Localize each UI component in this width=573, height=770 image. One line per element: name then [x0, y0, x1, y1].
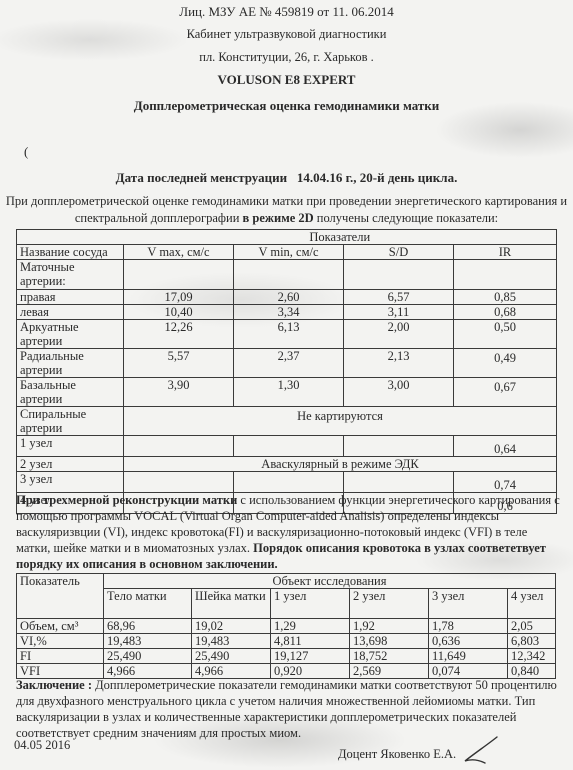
vessel-name: левая — [17, 305, 124, 320]
table2-corner — [17, 589, 104, 619]
indicator-value: 1,29 — [271, 619, 350, 634]
col-header-object: 2 узел — [350, 589, 429, 619]
intro-mode-2d: в режиме 2D — [243, 211, 314, 225]
indicator-value: 0,636 — [429, 634, 508, 649]
vessel-name: правая — [17, 290, 124, 305]
table-row-spiral: Спиральные артерии Не картируются — [17, 407, 557, 436]
vessel-name: Аркуатные артерии — [17, 320, 124, 349]
node-name: 1 узел — [17, 436, 124, 457]
doppler-indices-table: Показатели Название сосуда V max, см/с V… — [16, 229, 557, 514]
last-menstruation-line: Дата последней менструации 14.04.16 г., … — [0, 170, 573, 186]
indicator-value: 19,127 — [271, 649, 350, 664]
col-header-object: Шейка матки — [192, 589, 271, 619]
indicator-label: VI,% — [17, 634, 104, 649]
reconstruction-lead: При трехмерной реконструкции матки — [16, 493, 237, 507]
vmax-value — [124, 260, 234, 290]
col-header-object: 1 узел — [271, 589, 350, 619]
vmin-value: 3,34 — [234, 305, 344, 320]
table1-group-header: Показатели — [124, 230, 557, 245]
table-row-node: 1 узел 0,64 — [17, 436, 557, 457]
vmin-value — [234, 260, 344, 290]
indicator-value: 19,483 — [192, 634, 271, 649]
table-row: FI 25,490 25,490 19,127 18,752 11,649 12… — [17, 649, 556, 664]
empty-cell — [234, 436, 344, 457]
node-name: 2 узел — [17, 457, 124, 472]
table-row: Маточные артерии: — [17, 260, 557, 290]
col-header-object: 4 узел — [508, 589, 556, 619]
indicator-value: 4,811 — [271, 634, 350, 649]
ir-value: 0,67 — [454, 378, 557, 407]
empty-cell — [124, 436, 234, 457]
ir-value: 0,85 — [454, 290, 557, 305]
table-row: Радиальные артерии 5,57 2,37 2,13 0,49 — [17, 349, 557, 378]
sd-value: 2,00 — [344, 320, 454, 349]
vmax-value: 5,57 — [124, 349, 234, 378]
doctor-name: Доцент Яковенко Е.А. — [338, 747, 456, 762]
indicator-value: 12,342 — [508, 649, 556, 664]
indicator-label: Объем, см³ — [17, 619, 104, 634]
node-note: Аваскулярный в режиме ЭДК — [124, 457, 557, 472]
stray-bracket-mark: ( — [24, 144, 28, 160]
intro-paragraph: При допплерометрической оценке гемодинам… — [0, 193, 573, 227]
vmax-value: 10,40 — [124, 305, 234, 320]
col-header-object: 3 узел — [429, 589, 508, 619]
vmin-value: 2,60 — [234, 290, 344, 305]
last-menstruation-label: Дата последней менструации — [116, 170, 287, 185]
ir-value — [454, 260, 557, 290]
vessel-name: Радиальные артерии — [17, 349, 124, 378]
sd-value: 2,13 — [344, 349, 454, 378]
col-header-vessel: Название сосуда — [17, 245, 124, 260]
license-line: Лиц. МЗУ АЕ № 459819 от 11. 06.2014 — [0, 4, 573, 20]
indicator-value: 1,78 — [429, 619, 508, 634]
conclusion-paragraph: Заключение : Допплерометрические показат… — [16, 677, 561, 741]
vmin-value: 2,37 — [234, 349, 344, 378]
document-title: Допплерометрическая оценка гемодинамики … — [0, 98, 573, 114]
indicator-value: 18,752 — [350, 649, 429, 664]
col-header-ir: IR — [454, 245, 557, 260]
indicator-value: 2,05 — [508, 619, 556, 634]
scanned-document-page: Лиц. МЗУ АЕ № 459819 от 11. 06.2014 Каби… — [0, 0, 573, 770]
indicator-value: 11,649 — [429, 649, 508, 664]
address-line: пл. Конституции, 26, г. Харьков . — [0, 50, 573, 65]
cabinet-name: Кабинет ультразвуковой диагностики — [0, 27, 573, 42]
ir-value: 0,49 — [454, 349, 557, 378]
table-row: левая 10,40 3,34 3,11 0,68 — [17, 305, 557, 320]
indicator-value: 25,490 — [104, 649, 192, 664]
indicator-value: 25,490 — [192, 649, 271, 664]
col-header-vmax: V max, см/с — [124, 245, 234, 260]
vessel-name: Базальные артерии — [17, 378, 124, 407]
last-menstruation-value: 14.04.16 г., 20-й день цикла. — [297, 170, 457, 185]
conclusion-text: Допплерометрические показатели гемодинам… — [16, 678, 557, 740]
table1-header-row: Название сосуда V max, см/с V min, см/с … — [17, 245, 557, 260]
indicator-value: 19,483 — [104, 634, 192, 649]
table-row: Базальные артерии 3,90 1,30 3,00 0,67 — [17, 378, 557, 407]
node-ir-value: 0,64 — [454, 436, 557, 457]
vmax-value: 17,09 — [124, 290, 234, 305]
vmin-value: 6,13 — [234, 320, 344, 349]
vessel-name: Спиральные артерии — [17, 407, 124, 436]
empty-cell — [344, 436, 454, 457]
spiral-note: Не картируются — [124, 407, 557, 436]
device-name: VOLUSON E8 EXPERT — [0, 72, 573, 88]
table-row-node: 2 узел Аваскулярный в режиме ЭДК — [17, 457, 557, 472]
conclusion-label: Заключение : — [16, 678, 92, 692]
table1-corner — [17, 230, 124, 245]
signature-icon — [457, 735, 505, 767]
indicator-value: 6,803 — [508, 634, 556, 649]
report-date: 04.05 2016 — [14, 738, 70, 753]
table2-header-row: Тело матки Шейка матки 1 узел 2 узел 3 у… — [17, 589, 556, 619]
reconstruction-paragraph: При трехмерной реконструкции матки с исп… — [16, 492, 561, 572]
empty-cell — [344, 472, 454, 493]
node-name: 3 узел — [17, 472, 124, 493]
indicator-value: 68,96 — [104, 619, 192, 634]
ir-value: 0,68 — [454, 305, 557, 320]
empty-cell — [124, 472, 234, 493]
intro-text-end: получены следующие показатели: — [314, 211, 499, 225]
table-row: правая 17,09 2,60 6,57 0,85 — [17, 290, 557, 305]
table-row: Объем, см³ 68,96 19,02 1,29 1,92 1,78 2,… — [17, 619, 556, 634]
table-row-node: 3 узел 0,74 — [17, 472, 557, 493]
vessel-name: Маточные артерии: — [17, 260, 124, 290]
indicator-value: 19,02 — [192, 619, 271, 634]
sd-value: 3,11 — [344, 305, 454, 320]
vmax-value: 12,26 — [124, 320, 234, 349]
indicator-label: FI — [17, 649, 104, 664]
col-header-sd: S/D — [344, 245, 454, 260]
indicator-value: 13,698 — [350, 634, 429, 649]
table-row: Аркуатные артерии 12,26 6,13 2,00 0,50 — [17, 320, 557, 349]
empty-cell — [234, 472, 344, 493]
col-header-indicator: Показатель — [17, 574, 104, 589]
node-ir-value: 0,74 — [454, 472, 557, 493]
vmin-value: 1,30 — [234, 378, 344, 407]
sd-value: 6,57 — [344, 290, 454, 305]
col-header-object: Тело матки — [104, 589, 192, 619]
ir-value: 0,50 — [454, 320, 557, 349]
vmax-value: 3,90 — [124, 378, 234, 407]
sd-value: 3,00 — [344, 378, 454, 407]
sd-value — [344, 260, 454, 290]
indicator-value: 1,92 — [350, 619, 429, 634]
vocal-indices-table: Показатель Объект исследования Тело матк… — [16, 573, 556, 679]
table2-group-header: Объект исследования — [104, 574, 556, 589]
table-row: VI,% 19,483 19,483 4,811 13,698 0,636 6,… — [17, 634, 556, 649]
col-header-vmin: V min, см/с — [234, 245, 344, 260]
